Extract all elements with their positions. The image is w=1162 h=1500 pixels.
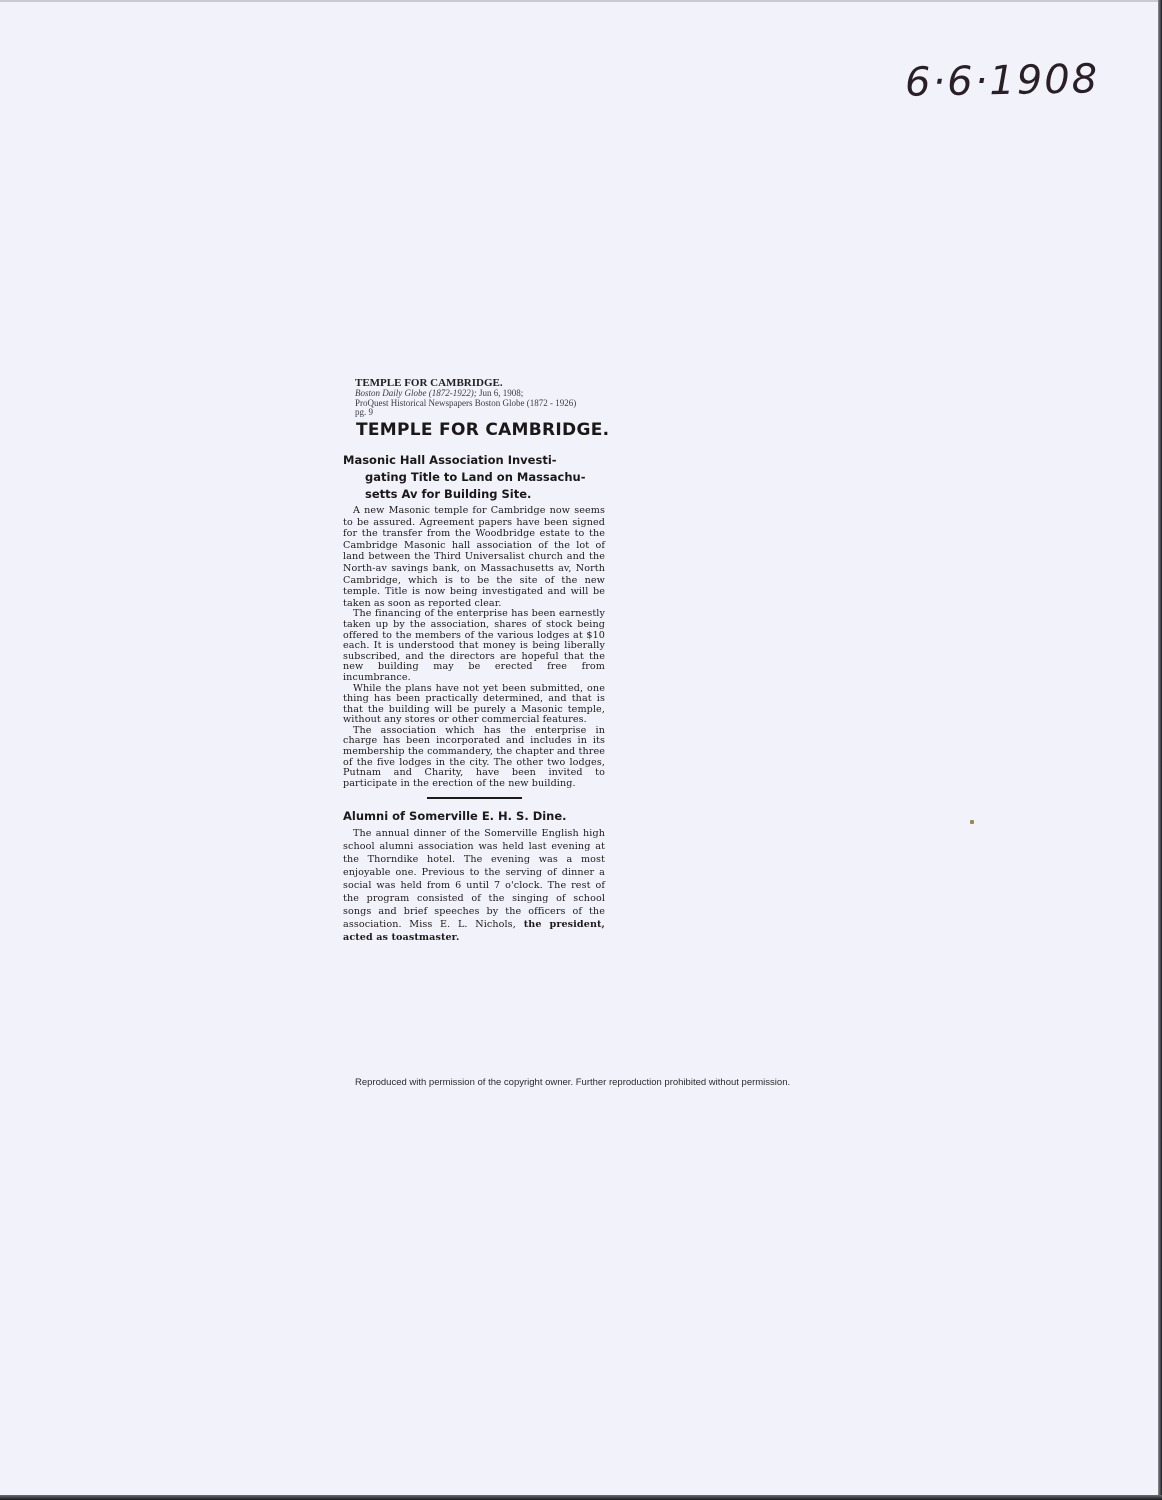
citation-source-date: Jun 6, 1908;	[477, 388, 524, 398]
citation-page: pg. 9	[355, 408, 655, 418]
second-article-body: The annual dinner of the Somerville Engl…	[343, 827, 605, 944]
article-paragraph-1: A new Masonic temple for Cambridge now s…	[343, 505, 605, 609]
article-headline: TEMPLE FOR CAMBRIDGE.	[356, 420, 605, 440]
citation-database: ProQuest Historical Newspapers Boston Gl…	[355, 399, 655, 409]
scan-edge-right	[1158, 0, 1162, 1500]
handwritten-date: 6·6·1908	[905, 56, 1100, 105]
subhead-line-1: Masonic Hall Association Investi-	[343, 452, 605, 469]
article-paragraph-2: The financing of the enterprise has been…	[343, 609, 605, 683]
article-paragraph-3: While the plans have not yet been submit…	[343, 684, 605, 726]
scan-edge-top	[0, 0, 1162, 2]
newspaper-clipping: TEMPLE FOR CAMBRIDGE. Masonic Hall Assoc…	[343, 420, 605, 944]
subhead-line-2: gating Title to Land on Massachu-	[343, 469, 605, 486]
article-subheadline: Masonic Hall Association Investi- gating…	[343, 452, 605, 503]
second-article-text: The annual dinner of the Somerville Engl…	[343, 828, 605, 930]
citation-block: TEMPLE FOR CAMBRIDGE. Boston Daily Globe…	[355, 378, 655, 418]
scan-speck	[970, 820, 974, 824]
article-divider	[427, 797, 522, 799]
article-paragraph-4: The association which has the enterprise…	[343, 726, 605, 790]
second-article-headline: Alumni of Somerville E. H. S. Dine.	[343, 809, 605, 823]
subhead-line-3: setts Av for Building Site.	[343, 486, 605, 503]
copyright-notice: Reproduced with permission of the copyri…	[355, 1077, 790, 1088]
citation-source-name: Boston Daily Globe (1872-1922);	[355, 388, 477, 398]
scan-edge-bottom	[0, 1495, 1162, 1500]
